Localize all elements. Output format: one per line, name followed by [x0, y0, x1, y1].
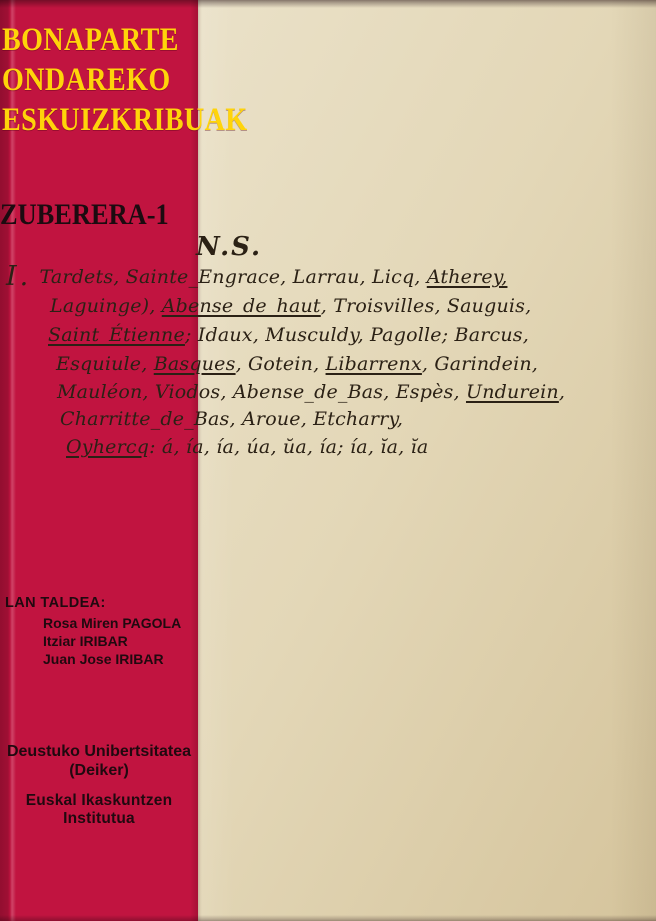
manuscript-text: , Garindein,	[422, 353, 538, 375]
manuscript-text: Esquiule,	[56, 353, 154, 375]
manuscript-line: Saint_Étienne; Idaux, Musculdy, Pagolle;…	[48, 324, 529, 346]
manuscript-underlined-text: Basques	[154, 353, 236, 375]
manuscript-line: Mauléon, Viodos, Abense_de_Bas, Espès, U…	[57, 381, 565, 403]
manuscript-underlined-text: Oyhercq	[66, 436, 149, 458]
manuscript-line: Charritte_de_Bas, Aroue, Etcharry,	[60, 408, 403, 430]
manuscript-text: Charritte_de_Bas, Aroue, Etcharry,	[60, 408, 403, 430]
manuscript-region: N.S. I. Tardets, Sainte_Engrace, Larrau,…	[0, 0, 656, 921]
manuscript-text: Laguinge),	[50, 295, 162, 317]
manuscript-text: Tardets, Sainte_Engrace, Larrau, Licq,	[33, 266, 427, 288]
manuscript-text: ; Idaux, Musculdy, Pagolle; Barcus,	[185, 324, 529, 346]
manuscript-underlined-text: Saint_Étienne	[48, 324, 185, 346]
manuscript-line: Esquiule, Basques, Gotein, Libarrenx, Ga…	[56, 353, 538, 375]
manuscript-text: , Gotein,	[236, 353, 326, 375]
manuscript-underlined-text: Atherey,	[427, 266, 508, 288]
manuscript-underlined-text: Libarrenx	[326, 353, 422, 375]
manuscript-underlined-text: Undurein	[466, 381, 559, 403]
manuscript-roman-numeral: I.	[6, 261, 31, 292]
manuscript-text: : á, ía, ía, úa, ŭa, ía; ía, ĭa, ĭa	[149, 436, 428, 458]
manuscript-header: N.S.	[196, 232, 262, 262]
book-cover: BONAPARTE ONDAREKO ESKUIZKRIBUAK ZUBERER…	[0, 0, 656, 921]
manuscript-underlined-text: Abense_de_haut	[162, 295, 321, 317]
manuscript-text: , Troisvilles, Sauguis,	[321, 295, 532, 317]
manuscript-text: ,	[559, 381, 565, 403]
manuscript-line: Laguinge), Abense_de_haut, Troisvilles, …	[50, 295, 531, 317]
manuscript-text: Mauléon, Viodos, Abense_de_Bas, Espès,	[57, 381, 466, 403]
manuscript-line: Oyhercq: á, ía, ía, úa, ŭa, ía; ía, ĭa, …	[66, 436, 428, 458]
manuscript-line: I. Tardets, Sainte_Engrace, Larrau, Licq…	[6, 263, 507, 290]
